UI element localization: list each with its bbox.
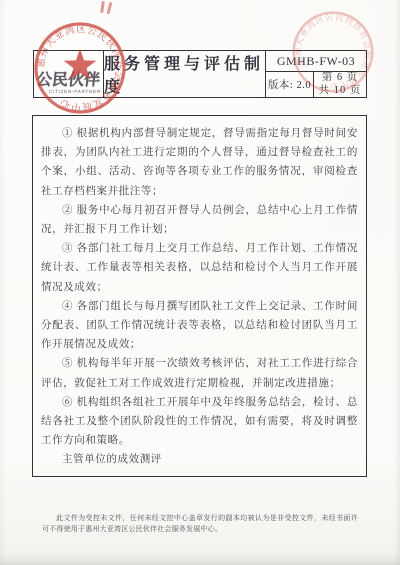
scanned-document-page: 公民伙伴 CITIZEN-PARTNER 服务管理与评估制度 GMHB-FW-0… xyxy=(0,0,400,565)
version-label: 版本: 2.0 xyxy=(266,72,314,97)
stamp-edge-mark xyxy=(107,2,113,14)
document-header-table: 公民伙伴 CITIZEN-PARTNER 服务管理与评估制度 GMHB-FW-0… xyxy=(33,50,367,98)
page-indicator: 第 6 页 共 10 页 xyxy=(314,72,366,97)
policy-text-box: ① 根据机构内部督导制定规定，督导需指定每月督导时间安排表，为团队内社工进行定期… xyxy=(32,115,367,477)
policy-item-5: ⑤ 机构每半年开展一次绩效考核评估，对社工工作进行综合评估，敦促社工对工作成效进… xyxy=(41,354,358,392)
header-meta: GMHB-FW-03 版本: 2.0 第 6 页 共 10 页 xyxy=(266,51,366,97)
org-logo-subtitle: CITIZEN-PARTNER xyxy=(49,89,136,94)
controlled-document-disclaimer: 此文件为受控未文件，任何未经文控中心盖章发行的副本均被认为是非受控文件，未经书面… xyxy=(42,513,358,534)
policy-item-1: ① 根据机构内部督导制定规定，督导需指定每月督导时间安排表，为团队内社工进行定期… xyxy=(41,124,358,201)
page-total: 共 10 页 xyxy=(319,85,362,98)
document-code: GMHB-FW-03 xyxy=(266,51,366,72)
policy-item-2: ② 服务中心每月初召开督导人员例会，总结中心上月工作情况，并汇报下月工作计划； xyxy=(41,201,358,239)
page-current: 第 6 页 xyxy=(322,72,359,85)
policy-item-6: ⑥ 机构组织各组社工开展年中及年终服务总结会，检讨、总结各社工及整个团队阶段性的… xyxy=(41,393,358,451)
header-meta-bottom: 版本: 2.0 第 6 页 共 10 页 xyxy=(266,72,366,97)
org-logo-text: 公民伙伴 xyxy=(35,67,137,90)
org-logo: 公民伙伴 CITIZEN-PARTNER xyxy=(35,67,138,94)
section-heading: 主管单位的成效测评 xyxy=(41,450,358,469)
policy-item-3: ③ 各部门社工每月上交月工作总结、月工作计划、工作情况统计表、工作量表等相关表格… xyxy=(41,239,358,297)
logo-cell: 公民伙伴 CITIZEN-PARTNER xyxy=(34,51,104,97)
stamp-edge-mark xyxy=(100,1,105,13)
policy-item-4: ④ 各部门组长与每月撰写团队社工文件上交记录、工作时间分配表、团队工作情况统计表… xyxy=(41,297,358,355)
